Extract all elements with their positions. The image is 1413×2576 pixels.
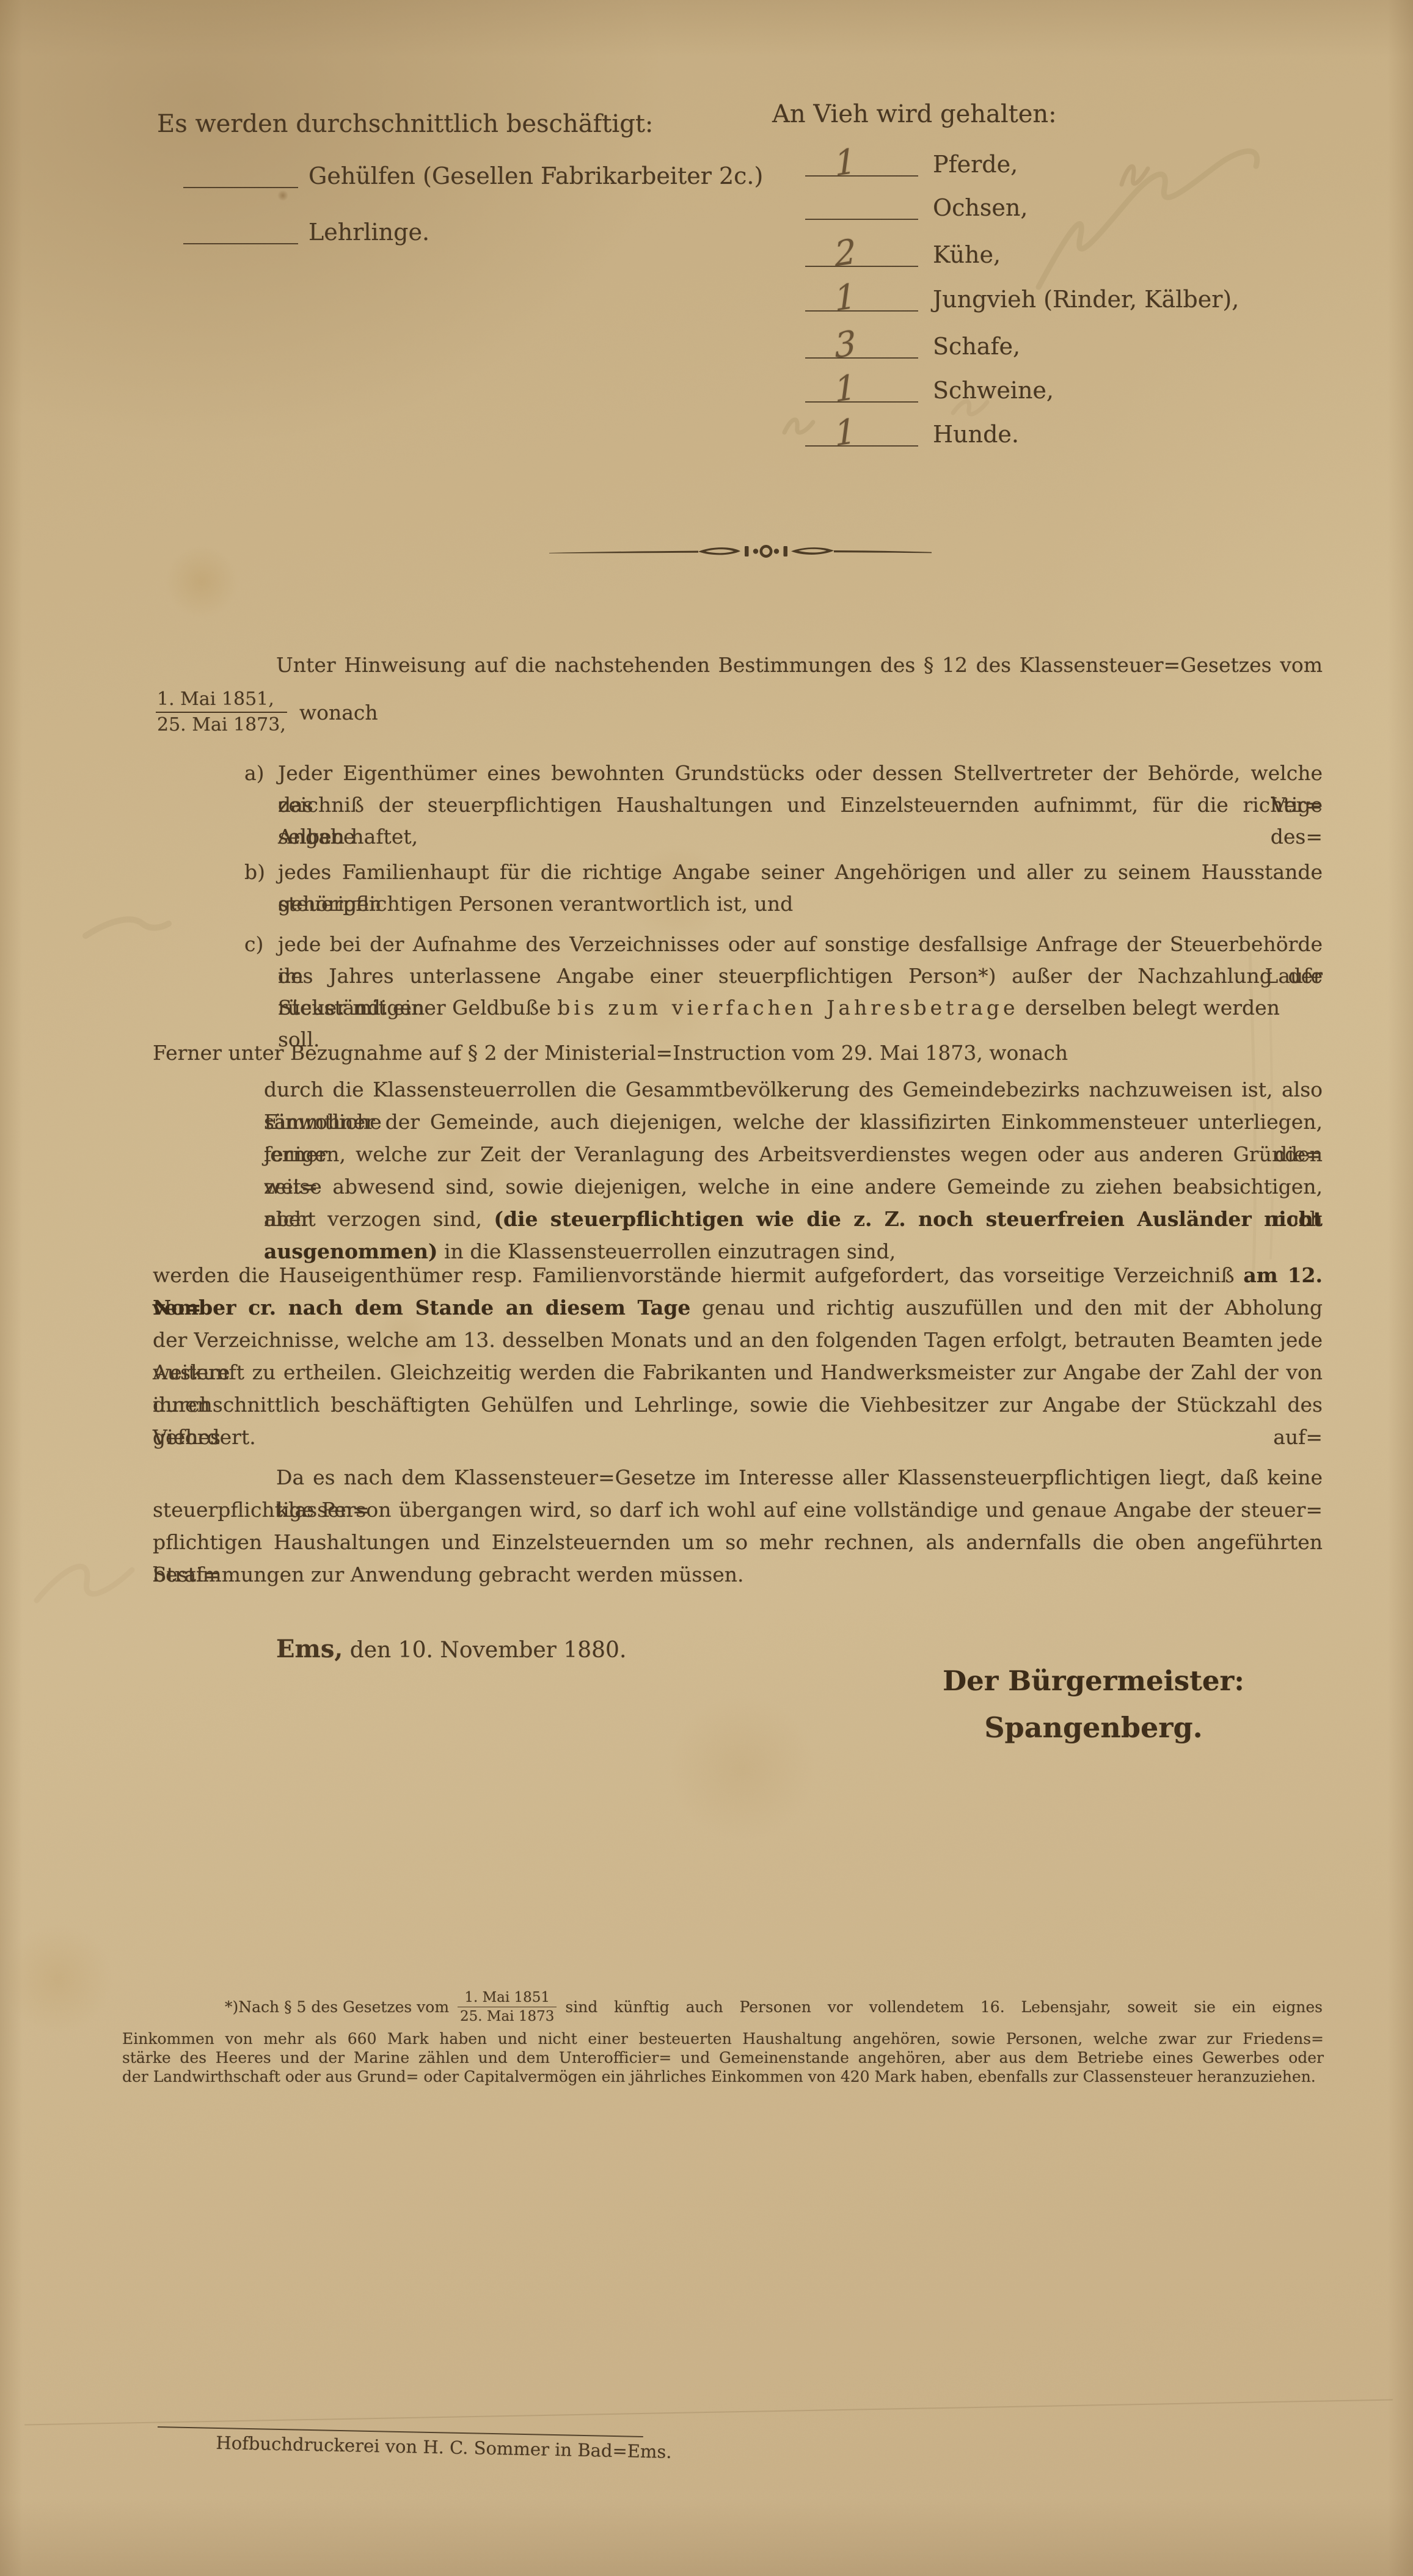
text-line: zeichniß der steuerpflichtigen Haushaltu… [153, 789, 1323, 821]
blank-field [183, 165, 298, 188]
text-line: bestimmungen zur Anwendung gebracht werd… [153, 1558, 1323, 1591]
employment-title: Es werden durchschnittlich beschäftigt: [157, 110, 653, 138]
fraction-following-word: wonach [299, 701, 378, 724]
text-line: jenigen, welche zur Zeit der Veranlagung… [153, 1138, 1323, 1170]
law-dates-fraction: 1. Mai 1851, 25. Mai 1873, wonach [156, 689, 378, 735]
ornamental-divider-icon [548, 540, 933, 564]
item-label: a) [244, 757, 265, 789]
handwritten-value: 1 [834, 367, 858, 410]
employment-label: Gehülfen (Gesellen Fabrikarbeiter 2c.) [309, 164, 763, 188]
text-line: weise abwesend sind, sowie diejenigen, w… [153, 1170, 1323, 1203]
imprint-text: Hofbuchdruckerei von H. C. Sommer in Bad… [216, 2432, 963, 2468]
document-page: Es werden durchschnittlich beschäftigt: … [0, 0, 1413, 2576]
text-segment: Steuer mit einer Geldbuße [278, 996, 557, 1020]
text-line: durchschnittlich beschäftigten Gehülfen … [153, 1388, 1323, 1421]
blank-field [183, 221, 298, 244]
list-item-a: a) Jeder Eigenthümer eines bewohnten Gru… [153, 757, 1323, 853]
item-label: b) [244, 856, 265, 888]
date-fraction: 1. Mai 1851, 25. Mai 1873, [156, 689, 287, 735]
blank-field: 1 [805, 151, 918, 177]
livestock-row-pferde: 1 Pferde, [805, 151, 1018, 177]
text-line: jedes Familienhaupt für die richtige Ang… [153, 856, 1323, 888]
text-line: steuerpflichtigen Personen verantwortlic… [153, 888, 1323, 920]
footnote-first-line: *) Nach § 5 des Gesetzes vom 1. Mai 1851… [225, 1980, 1323, 2033]
bold-emphasis: vember cr. nach dem Stande an diesem Tag… [153, 1296, 690, 1319]
livestock-row-ochsen: Ochsen, [805, 194, 1028, 220]
handwritten-value: 1 [834, 276, 858, 319]
text-line: durch die Klassensteuerrollen die Gesamm… [153, 1073, 1323, 1106]
blank-field: 1 [805, 377, 918, 403]
text-line: Auskunft zu ertheilen. Gleichzeitig werd… [153, 1356, 1323, 1388]
blank-field [805, 194, 918, 220]
blank-field: 3 [805, 333, 918, 359]
fraction-numerator: 1. Mai 1851, [156, 689, 287, 713]
letterspaced-segment: bis zum vierfachen Jahresbetrage [557, 996, 1018, 1020]
footnote-marker: *) [225, 1998, 238, 2016]
text-line: pflichtigen Haushaltungen und Einzelsteu… [153, 1526, 1323, 1558]
paper-crease [24, 2399, 1393, 2425]
imprint-block: Hofbuchdruckerei von H. C. Sommer in Bad… [157, 2426, 964, 2468]
footnote-lead: Nach § 5 des Gesetzes vom [238, 1998, 449, 2016]
livestock-label: Pferde, [933, 152, 1018, 177]
employment-label: Lehrlinge. [309, 220, 429, 244]
text-line: vember cr. nach dem Stande an diesem Tag… [153, 1291, 1323, 1324]
livestock-row-kuehe: 2 Kühe, [805, 241, 1001, 267]
livestock-row-hunde: 1 Hunde. [805, 421, 1019, 447]
bold-emphasis: (die steuerpflichtigen wie die z. Z. noc… [494, 1207, 1323, 1231]
text-segment: genau und richtig auszufüllen und den mi… [690, 1296, 1323, 1319]
blank-field: 1 [805, 286, 918, 312]
livestock-row-schafe: 3 Schafe, [805, 333, 1020, 359]
text-line: Unter Hinweisung auf die nachstehenden B… [153, 649, 1323, 681]
fraction-denominator: 25. Mai 1873, [156, 713, 287, 735]
livestock-label: Jungvieh (Rinder, Kälber), [933, 287, 1239, 312]
text-line: der Verzeichnisse, welche am 13. desselb… [153, 1324, 1323, 1356]
signature-name: Spangenberg. [898, 1712, 1289, 1743]
livestock-row-jungvieh: 1 Jungvieh (Rinder, Kälber), [805, 286, 1239, 312]
employment-row-lehrlinge: Lehrlinge. [183, 220, 429, 244]
signature-role: Der Bürgermeister: [898, 1664, 1289, 1698]
employment-row-gehuelfen: Gehülfen (Gesellen Fabrikarbeiter 2c.) [183, 164, 763, 188]
livestock-label: Schweine, [933, 378, 1054, 403]
request-paragraph: werden die Hauseigenthümer resp. Familie… [153, 1259, 1323, 1453]
dateline-date: den 10. November 1880. [343, 1638, 626, 1663]
livestock-title: An Vieh wird gehalten: [772, 100, 1057, 128]
inset-paragraph: durch die Klassensteuerrollen die Gesamm… [153, 1073, 1323, 1268]
text-line: Ferner unter Bezugnahme auf § 2 der Mini… [153, 1037, 1323, 1069]
text-line: werden die Hauseigenthümer resp. Familie… [153, 1259, 1323, 1291]
handwritten-value: 2 [834, 232, 858, 275]
text-line: nicht verzogen sind, (die steuerpflichti… [153, 1203, 1323, 1235]
list-item-b: b) jedes Familienhaupt für die richtige … [153, 856, 1323, 920]
livestock-row-schweine: 1 Schweine, [805, 377, 1054, 403]
text-line: steuerpflichtige Person übergangen wird,… [153, 1494, 1323, 1526]
blank-field: 1 [805, 421, 918, 447]
fraction-denominator: 25. Mai 1873 [458, 2007, 557, 2024]
text-line: der Landwirthschaft oder aus Grund= oder… [122, 2067, 1324, 2086]
text-segment: nicht verzogen sind, [264, 1207, 494, 1231]
list-item-c: c) jede bei der Aufnahme des Verzeichnis… [153, 929, 1323, 1024]
text-line: des Jahres unterlassene Angabe einer ste… [153, 960, 1323, 992]
dateline: Ems, den 10. November 1880. [276, 1635, 626, 1663]
text-line: Da es nach dem Klassensteuer=Gesetze im … [153, 1461, 1323, 1494]
fraction-numerator: 1. Mai 1851 [458, 1990, 557, 2007]
livestock-label: Ochsen, [933, 195, 1028, 220]
text-line: Einwohner der Gemeinde, auch diejenigen,… [153, 1106, 1323, 1138]
text-line: Steuer mit einer Geldbuße bis zum vierfa… [153, 992, 1323, 1024]
ferner-paragraph: Ferner unter Bezugnahme auf § 2 der Mini… [153, 1037, 1323, 1069]
livestock-label: Kühe, [933, 243, 1001, 267]
handwritten-value: 1 [834, 411, 858, 454]
handwritten-value: 3 [834, 323, 858, 367]
text-line: Jeder Eigenthümer eines bewohnten Grunds… [153, 757, 1323, 789]
item-label: c) [244, 929, 263, 960]
text-line: Einkommen von mehr als 660 Mark haben un… [122, 2029, 1324, 2048]
blank-field: 2 [805, 241, 918, 267]
intro-paragraph: Unter Hinweisung auf die nachstehenden B… [153, 649, 1323, 681]
livestock-label: Schafe, [933, 334, 1020, 359]
text-line: stärke des Heeres und der Marine zählen … [122, 2048, 1324, 2067]
footnote-date-fraction: 1. Mai 1851 25. Mai 1873 [458, 1990, 557, 2024]
footnote-text: sind künftig auch Personen vor vollendet… [565, 1998, 1323, 2016]
text-line: jede bei der Aufnahme des Verzeichnisses… [153, 929, 1323, 960]
footnote-lines: Einkommen von mehr als 660 Mark haben un… [122, 2029, 1324, 2086]
livestock-label: Hunde. [933, 422, 1019, 447]
dateline-place: Ems, [276, 1635, 343, 1663]
text-segment: werden die Hauseigenthümer resp. Familie… [153, 1263, 1243, 1287]
handwritten-value: 1 [834, 141, 858, 184]
closing-paragraph: Da es nach dem Klassensteuer=Gesetze im … [153, 1461, 1323, 1591]
signature-block: Der Bürgermeister: Spangenberg. [898, 1664, 1289, 1743]
